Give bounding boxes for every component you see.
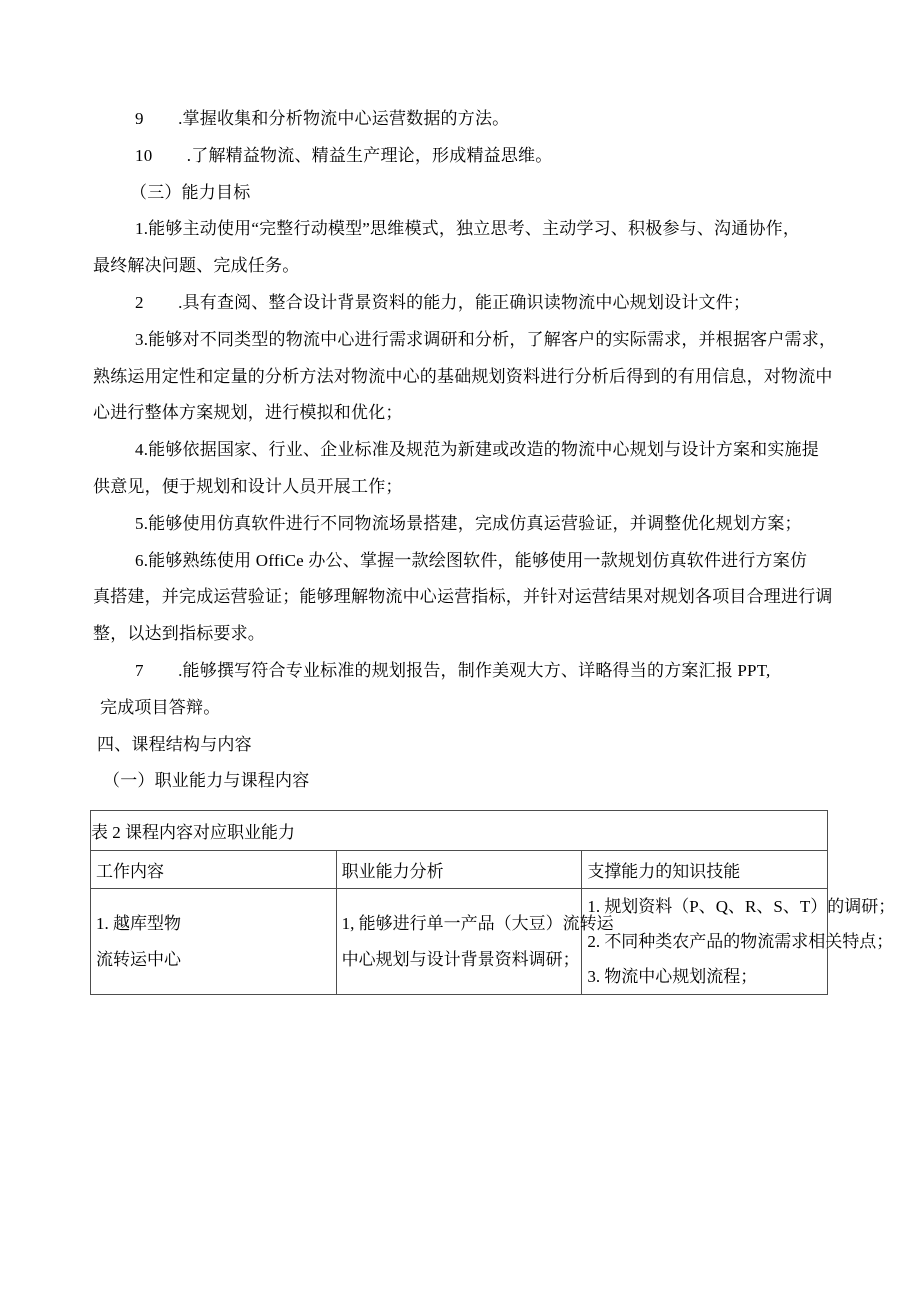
table-header-row: 工作内容 职业能力分析 支撑能力的知识技能 <box>91 851 828 889</box>
table-row: 1. 越库型物 流转运中心 1, 能够进行单一产品（大豆）流转运 中心规划与设计… <box>91 889 828 995</box>
paragraph-4-line-1: 4.能够依据国家、行业、企业标准及规范为新建或改造的物流中心规划与设计方案和实施… <box>93 432 841 469</box>
section-heading-course-structure: 四、课程结构与内容 <box>93 727 841 764</box>
list-item-9: 9 .掌握收集和分析物流中心运营数据的方法。 <box>93 101 841 138</box>
paragraph-4-line-2: 供意见，便于规划和设计人员开展工作； <box>93 469 841 506</box>
cell-line: 1, 能够进行单一产品（大豆）流转运 <box>337 906 582 942</box>
cell-line: 中心规划与设计背景资料调研； <box>337 942 582 978</box>
cell-ability-analysis: 1, 能够进行单一产品（大豆）流转运 中心规划与设计背景资料调研； <box>336 889 582 995</box>
list-item-10: 10 .了解精益物流、精益生产理论，形成精益思维。 <box>93 138 841 175</box>
column-header-knowledge-skills: 支撑能力的知识技能 <box>582 851 828 889</box>
cell-line: 1. 规划资料（P、Q、R、S、T）的调研； <box>582 889 827 924</box>
column-header-ability-analysis: 职业能力分析 <box>336 851 582 889</box>
paragraph-3-line-2: 熟练运用定性和定量的分析方法对物流中心的基础规划资料进行分析后得到的有用信息，对… <box>93 359 841 396</box>
cell-line: 流转运中心 <box>91 942 336 978</box>
subsection-heading-vocational-ability: （一）职业能力与课程内容 <box>93 763 841 800</box>
column-header-work-content: 工作内容 <box>91 851 337 889</box>
paragraph-3-line-1: 3.能够对不同类型的物流中心进行需求调研和分析，了解客户的实际需求，并根据客户需… <box>93 322 841 359</box>
cell-work-content: 1. 越库型物 流转运中心 <box>91 889 337 995</box>
table-caption: 表 2 课程内容对应职业能力 <box>91 811 828 851</box>
document-page: 9 .掌握收集和分析物流中心运营数据的方法。 10 .了解精益物流、精益生产理论… <box>0 0 920 1301</box>
cell-knowledge-skills: 1. 规划资料（P、Q、R、S、T）的调研； 2. 不同种类农产品的物流需求相关… <box>582 889 828 995</box>
section-heading-ability-goals: （三）能力目标 <box>93 175 841 212</box>
paragraph-1-line-2: 最终解决问题、完成任务。 <box>93 248 841 285</box>
paragraph-5: 5.能够使用仿真软件进行不同物流场景搭建，完成仿真运营验证，并调整优化规划方案； <box>93 506 841 543</box>
document-body: 9 .掌握收集和分析物流中心运营数据的方法。 10 .了解精益物流、精益生产理论… <box>93 101 841 800</box>
paragraph-7-line-1: 7 .能够撰写符合专业标准的规划报告，制作美观大方、详略得当的方案汇报 PPT, <box>93 653 841 690</box>
table-caption-row: 表 2 课程内容对应职业能力 <box>91 811 828 851</box>
cell-line: 3. 物流中心规划流程； <box>582 959 827 994</box>
paragraph-6-line-3: 整，以达到指标要求。 <box>93 616 841 653</box>
paragraph-6-line-2: 真搭建，并完成运营验证；能够理解物流中心运营指标，并针对运营结果对规划各项目合理… <box>93 579 841 616</box>
course-content-table: 表 2 课程内容对应职业能力 工作内容 职业能力分析 支撑能力的知识技能 1. … <box>90 810 828 995</box>
paragraph-3-line-3: 心进行整体方案规划，进行模拟和优化； <box>93 395 841 432</box>
cell-line: 2. 不同种类农产品的物流需求相关特点； <box>582 924 827 959</box>
paragraph-7-line-2: 完成项目答辩。 <box>93 690 841 727</box>
paragraph-6-line-1: 6.能够熟练使用 OffiCe 办公、掌握一款绘图软件，能够使用一款规划仿真软件… <box>93 543 841 580</box>
cell-line: 1. 越库型物 <box>91 906 336 942</box>
paragraph-1-line-1: 1.能够主动使用“完整行动模型”思维模式，独立思考、主动学习、积极参与、沟通协作… <box>93 211 841 248</box>
paragraph-2: 2 .具有查阅、整合设计背景资料的能力，能正确识读物流中心规划设计文件； <box>93 285 841 322</box>
